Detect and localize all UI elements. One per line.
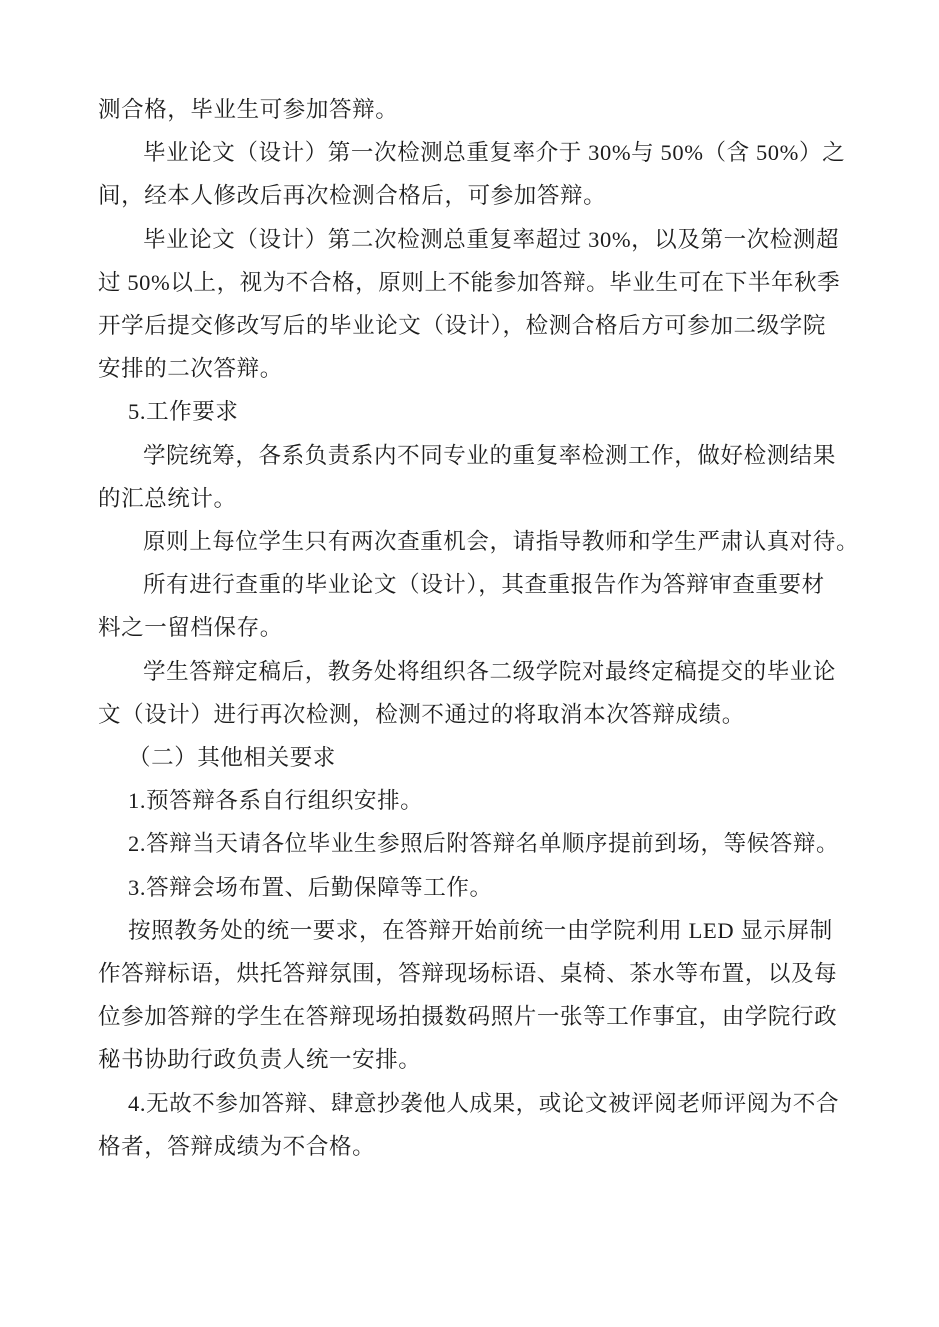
text-line: 间，经本人修改后再次检测合格后，可参加答辩。 <box>98 174 888 217</box>
text-line: 文（设计）进行再次检测，检测不通过的将取消本次答辩成绩。 <box>98 693 888 736</box>
numbered-item-line: 3.答辩会场布置、后勤保障等工作。 <box>98 866 888 909</box>
document-text-block: 测合格，毕业生可参加答辩。 毕业论文（设计）第一次检测总重复率介于 30%与 5… <box>98 88 888 1168</box>
section-heading-line: 5.工作要求 <box>98 390 888 433</box>
text-line: 测合格，毕业生可参加答辩。 <box>98 88 888 131</box>
text-line: 开学后提交修改写后的毕业论文（设计），检测合格后方可参加二级学院 <box>98 304 888 347</box>
text-line: 过 50%以上，视为不合格，原则上不能参加答辩。毕业生可在下半年秋季 <box>98 261 888 304</box>
text-line: 所有进行查重的毕业论文（设计），其查重报告作为答辩审查重要材 <box>98 563 888 606</box>
text-line: 按照教务处的统一要求，在答辩开始前统一由学院利用 LED 显示屏制 <box>98 909 888 952</box>
text-line: 作答辩标语，烘托答辩氛围，答辩现场标语、桌椅、茶水等布置，以及每 <box>98 952 888 995</box>
text-line: 安排的二次答辩。 <box>98 347 888 390</box>
numbered-item-line: 4.无故不参加答辩、肆意抄袭他人成果，或论文被评阅老师评阅为不合 <box>98 1082 888 1125</box>
numbered-item-line: 1.预答辩各系自行组织安排。 <box>98 779 888 822</box>
text-line: 原则上每位学生只有两次查重机会，请指导教师和学生严肃认真对待。 <box>98 520 888 563</box>
text-line: 料之一留档保存。 <box>98 606 888 649</box>
text-line: 的汇总统计。 <box>98 477 888 520</box>
text-line: 格者，答辩成绩为不合格。 <box>98 1125 888 1168</box>
text-line: 秘书协助行政负责人统一安排。 <box>98 1038 888 1081</box>
text-line: 学院统筹，各系负责系内不同专业的重复率检测工作，做好检测结果 <box>98 434 888 477</box>
section-heading-line: （二）其他相关要求 <box>98 736 888 779</box>
text-line: 学生答辩定稿后，教务处将组织各二级学院对最终定稿提交的毕业论 <box>98 650 888 693</box>
text-line: 位参加答辩的学生在答辩现场拍摄数码照片一张等工作事宜，由学院行政 <box>98 995 888 1038</box>
text-line: 毕业论文（设计）第二次检测总重复率超过 30%，以及第一次检测超 <box>98 218 888 261</box>
text-line: 毕业论文（设计）第一次检测总重复率介于 30%与 50%（含 50%）之 <box>98 131 888 174</box>
document-page: 测合格，毕业生可参加答辩。 毕业论文（设计）第一次检测总重复率介于 30%与 5… <box>0 0 939 1327</box>
numbered-item-line: 2.答辩当天请各位毕业生参照后附答辩名单顺序提前到场，等候答辩。 <box>98 822 888 865</box>
